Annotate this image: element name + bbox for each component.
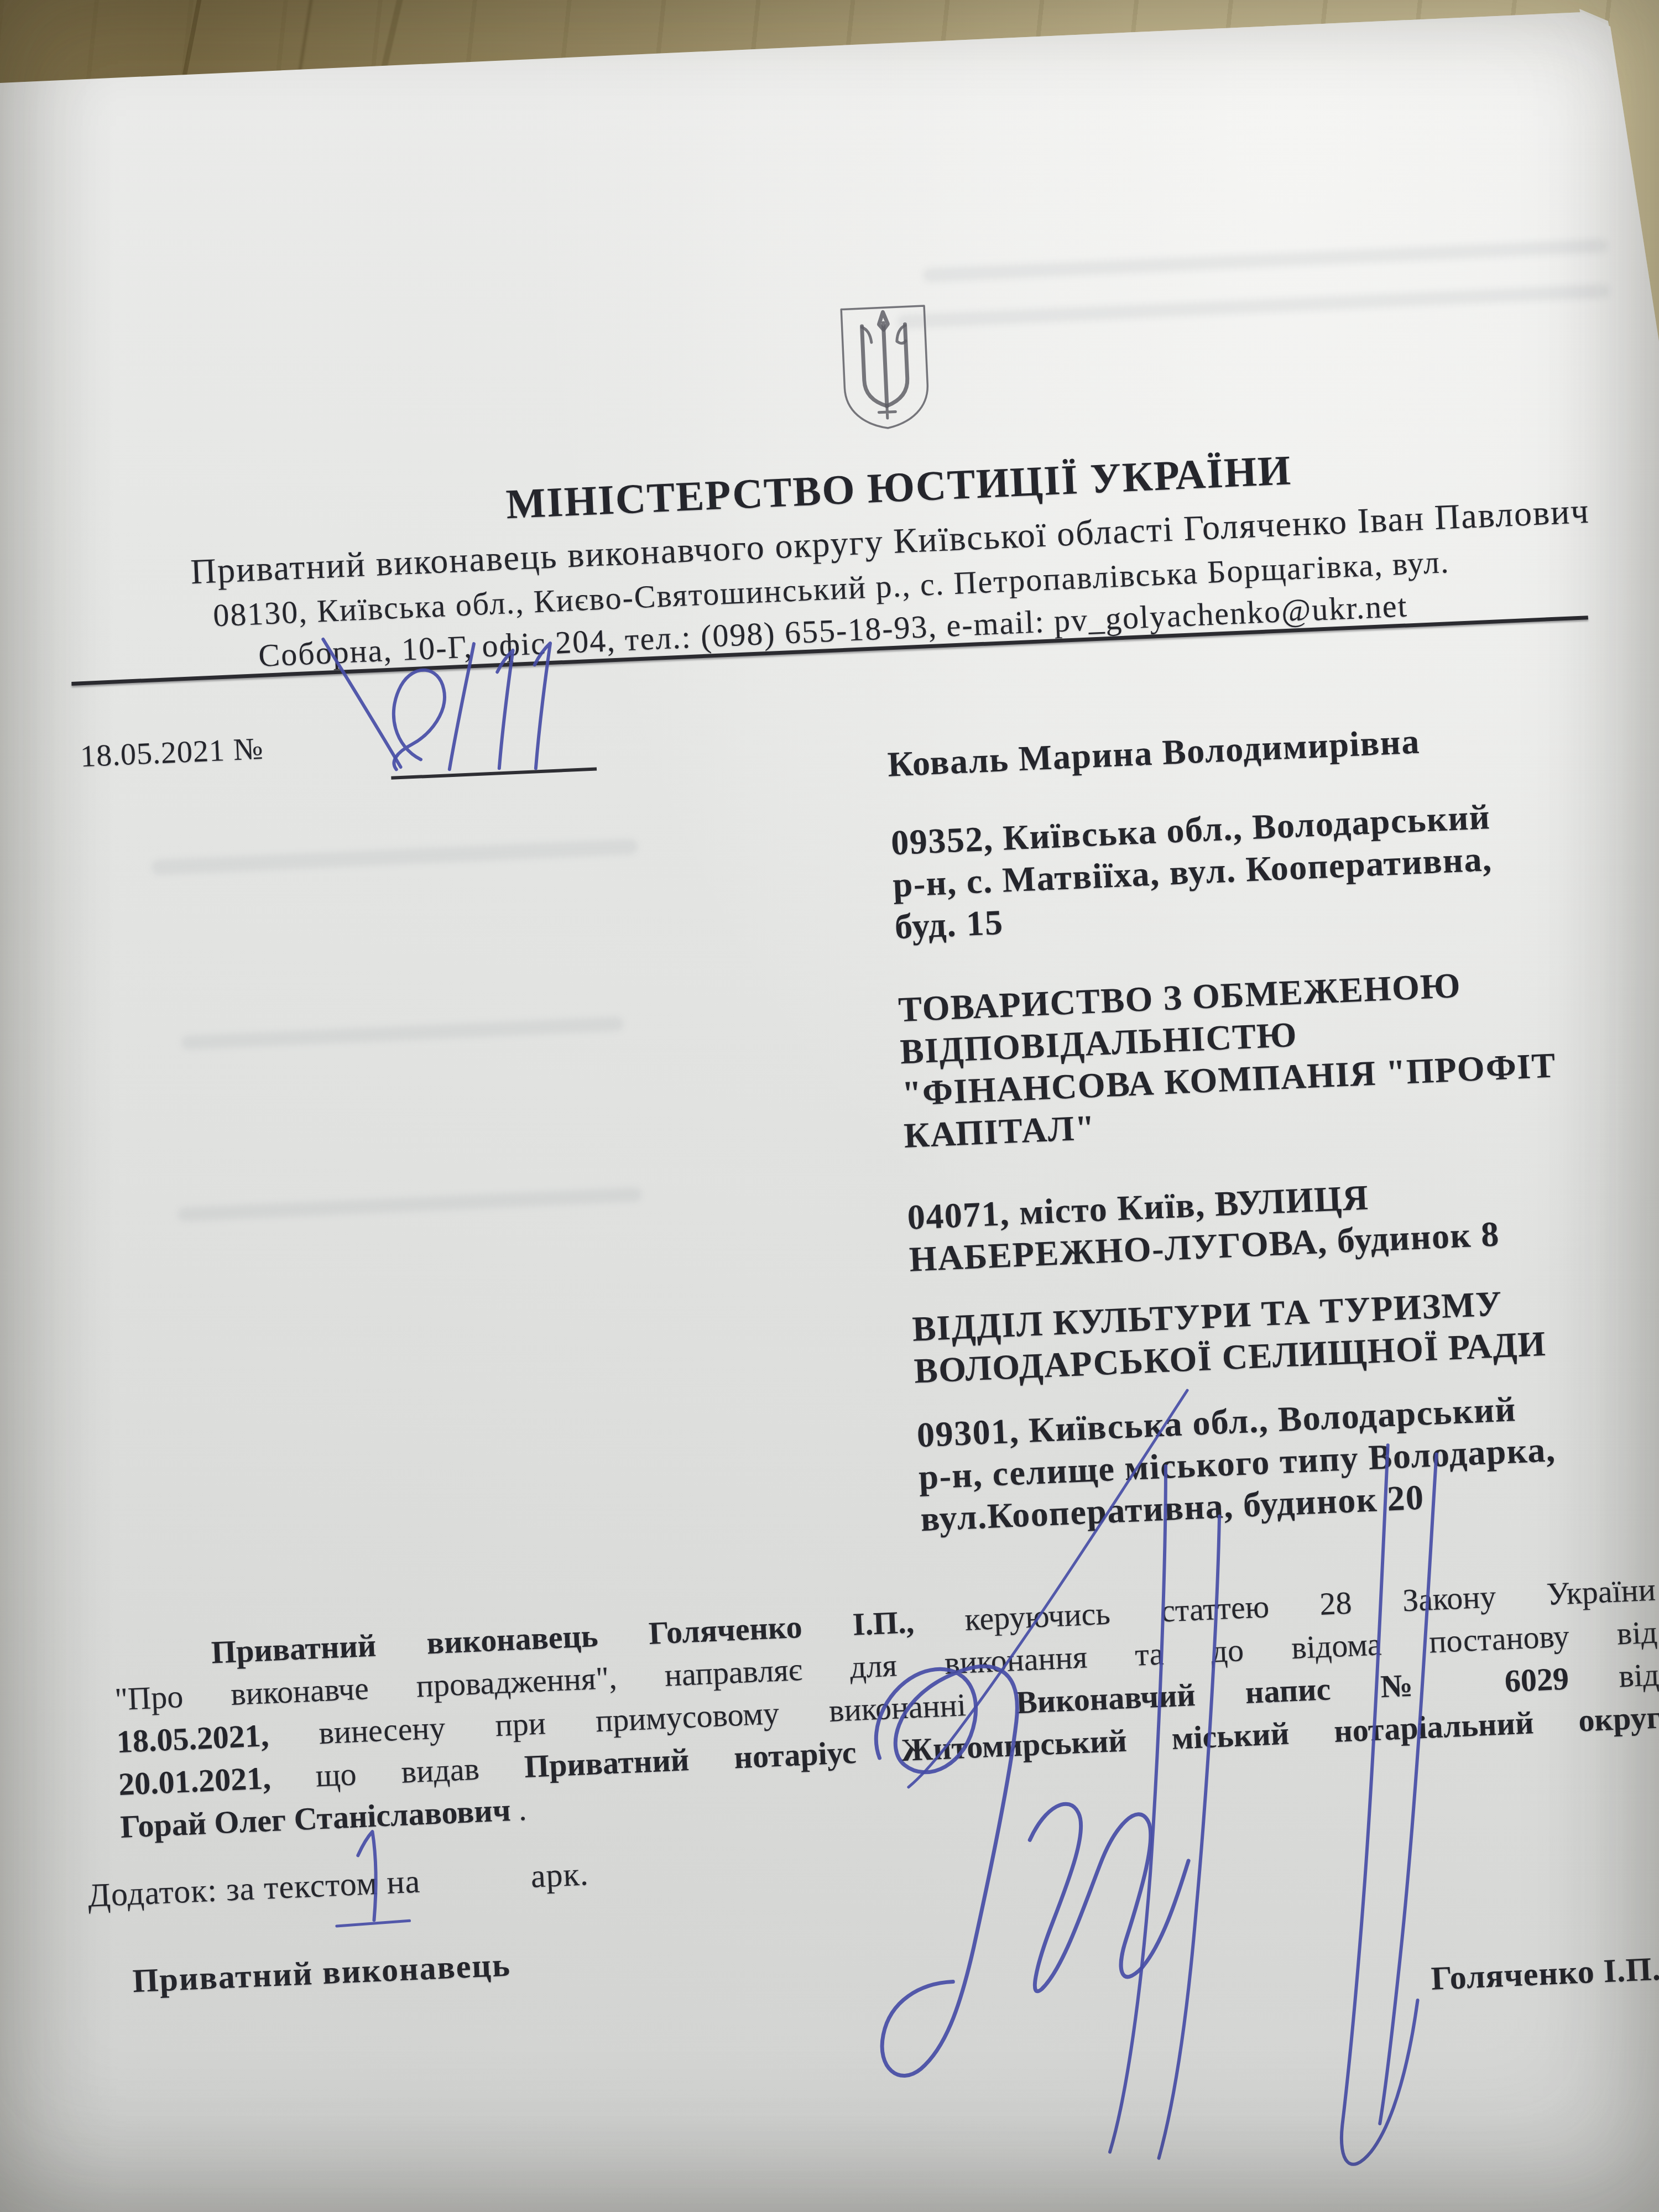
ink-bleed-through-artifact — [151, 839, 638, 875]
paper-sheet: МІНІСТЕРСТВО ЮСТИЦІЇ УКРАЇНИ Приватний в… — [0, 0, 1659, 2212]
ink-bleed-through-artifact — [897, 284, 1610, 329]
handwritten-signature — [752, 1397, 1559, 2205]
ink-bleed-through-artifact — [178, 1187, 642, 1222]
ink-bleed-through-artifact — [181, 1016, 623, 1050]
document-date: 18.05.2021 — [80, 733, 226, 774]
recipient-block: 09352, Київська обл., Володарськийр-н, с… — [890, 790, 1636, 948]
attachment-note-line: Додаток: за текстом наарк. — [87, 1855, 589, 1914]
reference-date-line: 18.05.2021 № — [80, 731, 264, 774]
ukraine-trident-emblem-icon — [836, 301, 935, 434]
recipient-block: ТОВАРИСТВО З ОБМЕЖЕНОЮВІДПОВІДАЛЬНІСТЮ"Ф… — [898, 957, 1645, 1157]
document-content: МІНІСТЕРСТВО ЮСТИЦІЇ УКРАЇНИ Приватний в… — [0, 0, 1659, 2212]
attachment-suffix: арк. — [530, 1855, 589, 1895]
executor-role-label: Приватний виконавець — [132, 1945, 512, 2000]
body-segment: 20.01.2021, — [118, 1760, 272, 1802]
handwritten-number-scribble — [307, 607, 624, 792]
recipient-line: Коваль Марина Володимирівна — [887, 711, 1629, 785]
body-segment: 18.05.2021, — [116, 1717, 270, 1760]
ink-bleed-through-artifact — [922, 238, 1608, 283]
recipient-block: ВІДДІЛ КУЛЬТУРИ ТА ТУРИЗМУВОЛОДАРСЬКОЇ С… — [911, 1276, 1655, 1392]
photographed-document: МІНІСТЕРСТВО ЮСТИЦІЇ УКРАЇНИ Приватний в… — [0, 0, 1659, 2212]
handwritten-page-count — [321, 1818, 420, 1935]
body-segment: від — [1568, 1656, 1659, 1696]
body-segment: що видав — [270, 1749, 525, 1796]
recipient-block: 04071, місто Київ, ВУЛИЦЯНАБЕРЕЖНО-ЛУГОВ… — [906, 1164, 1650, 1280]
number-sign: № — [233, 732, 264, 767]
body-segment: . — [510, 1791, 528, 1828]
recipient-block: Коваль Марина Володимирівна — [887, 711, 1629, 785]
attachment-handwritten-gap — [421, 1887, 531, 1892]
